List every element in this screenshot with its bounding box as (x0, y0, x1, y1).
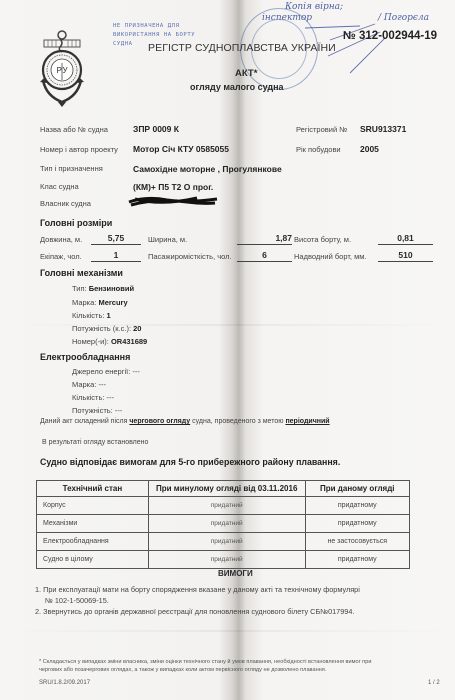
electrical-brand-label: Марка: (72, 380, 96, 389)
technical-condition-table: Технічний стан При минулому огляді від 0… (36, 480, 410, 569)
freeboard-value: 510 (378, 250, 433, 262)
table-cell: придатний (148, 515, 305, 533)
electrical-count-label: Кількість: (72, 393, 104, 402)
paper-fold (0, 324, 455, 326)
requirements-title: ВИМОГИ (218, 569, 253, 578)
project-value: Мотор Січ КТУ 0585055 (133, 144, 229, 154)
width-value: 1,87 (237, 233, 292, 245)
depth-label: Висота борту, м. (294, 235, 351, 244)
page-indicator: 1 / 2 (428, 680, 440, 686)
paper-fold (0, 630, 455, 632)
table-row: Механізми придатний придатному (37, 515, 410, 533)
registry-number-value: SRU913371 (360, 124, 406, 134)
result-intro: В результаті огляду встановлено (42, 439, 148, 446)
passengers-value: 6 (237, 250, 292, 262)
engine-brand-label: Марка: (72, 298, 96, 307)
engine-brand-value: Mercury (98, 298, 127, 307)
owner-redaction-scribble (127, 194, 219, 208)
table-row: Електрообладнання придатний не застосову… (37, 533, 410, 551)
type-value: Самохідне моторне , Прогулянкове (133, 164, 282, 174)
passengers-label: Пасажиромісткість, чол. (148, 252, 232, 261)
act-title: АКТ* (235, 68, 257, 79)
table-cell: Корпус (37, 497, 149, 515)
engine-type-value: Бензиновий (89, 284, 134, 293)
survey-middle: судна, проведеного з метою (192, 418, 283, 425)
requirement-item-1-continuation: № 102-1-50069-15. (45, 596, 109, 605)
engine-power-label: Потужність (к.с.): (72, 324, 131, 333)
electrical-power-value: --- (115, 406, 123, 415)
length-label: Довжина, м. (40, 235, 82, 244)
length-value: 5,75 (91, 233, 141, 245)
class-value: (КМ)+ П5 Т2 О прог. (133, 182, 213, 192)
electrical-power-label: Потужність: (72, 406, 113, 415)
table-cell: не застосовується (305, 533, 409, 551)
project-label: Номер і автор проекту (40, 145, 118, 154)
footnote-line-1: * Складається у випадках зміни власника,… (39, 659, 371, 665)
electrical-source-row: Джерело енергії: --- (72, 367, 140, 376)
electrical-title: Електрообладнання (40, 352, 130, 362)
owner-label: Власник судна (40, 199, 91, 208)
engine-count-row: Кількість: 1 (72, 311, 111, 320)
freeboard-label: Надводний борт, мм. (294, 252, 367, 261)
stamp-line: ВИКОРИСТАННЯ НА БОРТУ (113, 31, 195, 40)
survey-kind: чергового огляду (129, 418, 190, 425)
engine-serial-value: OR431689 (111, 337, 147, 346)
depth-value: 0,81 (378, 233, 433, 245)
engine-type-row: Тип: Бензиновий (72, 284, 134, 293)
table-cell: придатний (148, 551, 305, 569)
build-year-label: Рік побудови (296, 145, 341, 154)
table-cell: придатному (305, 551, 409, 569)
engine-count-value: 1 (107, 311, 111, 320)
electrical-count-row: Кількість: --- (72, 393, 114, 402)
engine-power-row: Потужність (к.с.): 20 (72, 324, 141, 333)
class-label: Клас судна (40, 182, 79, 191)
survey-conclusion: Судно відповідає вимогам для 5-го прибер… (40, 457, 340, 467)
column-header: Технічний стан (37, 481, 149, 497)
engine-power-value: 20 (133, 324, 141, 333)
table-cell: придатний (148, 497, 305, 515)
table-cell: Електрообладнання (37, 533, 149, 551)
table-cell: придатний (148, 533, 305, 551)
stamp-line: НЕ ПРИЗНАЧЕНА ДЛЯ (113, 22, 195, 31)
vessel-name-label: Назва або № судна (40, 125, 108, 134)
vessel-name-value: ЗПР 0009 К (133, 124, 179, 134)
column-header: При минулому огляді від 03.11.2016 (148, 481, 305, 497)
handwritten-certification: Копія вірна; (285, 2, 343, 12)
table-row: Судно в цілому придатний придатному (37, 551, 410, 569)
electrical-brand-value: --- (98, 380, 106, 389)
engine-serial-row: Номер(-и): OR431689 (72, 337, 147, 346)
document-number: № 312-002944-19 (343, 30, 437, 42)
engine-serial-label: Номер(-и): (72, 337, 109, 346)
engine-type-label: Тип: (72, 284, 87, 293)
electrical-power-row: Потужність: --- (72, 406, 122, 415)
survey-prefix: Даний акт складений після (40, 418, 127, 425)
register-logo-icon: Р У (38, 28, 86, 108)
registry-number-label: Регістровий № (296, 125, 347, 134)
survey-purpose: періодичний (285, 418, 329, 425)
table-row: Корпус придатний придатному (37, 497, 410, 515)
electrical-brand-row: Марка: --- (72, 380, 106, 389)
type-label: Тип і призначення (40, 164, 103, 173)
requirement-item-1: 1. При експлуатації мати на борту споряд… (35, 585, 360, 594)
act-subtitle: огляду малого судна (190, 82, 284, 92)
table-cell: придатному (305, 515, 409, 533)
crew-label: Екіпаж, чол. (40, 252, 82, 261)
form-code: SRU/1.8.2/09.2017 (39, 680, 90, 686)
document-page: Р У НЕ ПРИЗНАЧЕНА ДЛЯ ВИКОРИСТАННЯ НА БО… (0, 0, 455, 700)
registry-title: РЕГІСТР СУДНОПЛАВСТВА УКРАЇНИ (148, 42, 336, 54)
width-label: Ширина, м. (148, 235, 187, 244)
engine-brand-row: Марка: Mercury (72, 298, 128, 307)
dimensions-title: Головні розміри (40, 218, 112, 228)
build-year-value: 2005 (360, 144, 379, 154)
survey-statement: Даний акт складений після чергового огля… (40, 418, 330, 425)
table-cell: Судно в цілому (37, 551, 149, 569)
electrical-count-value: --- (107, 393, 115, 402)
table-cell: придатному (305, 497, 409, 515)
svg-text:Р: Р (57, 66, 62, 75)
engine-count-label: Кількість: (72, 311, 104, 320)
column-header: При даному огляді (305, 481, 409, 497)
table-header-row: Технічний стан При минулому огляді від 0… (37, 481, 410, 497)
footnote-line-2: чергових або позачергових оглядах, а так… (39, 667, 326, 673)
engines-title: Головні механізми (40, 268, 123, 278)
electrical-source-value: --- (132, 367, 140, 376)
electrical-source-label: Джерело енергії: (72, 367, 130, 376)
requirement-item-2: 2. Звернутись до органів державної реєст… (35, 607, 354, 616)
crew-value: 1 (91, 250, 141, 262)
table-cell: Механізми (37, 515, 149, 533)
